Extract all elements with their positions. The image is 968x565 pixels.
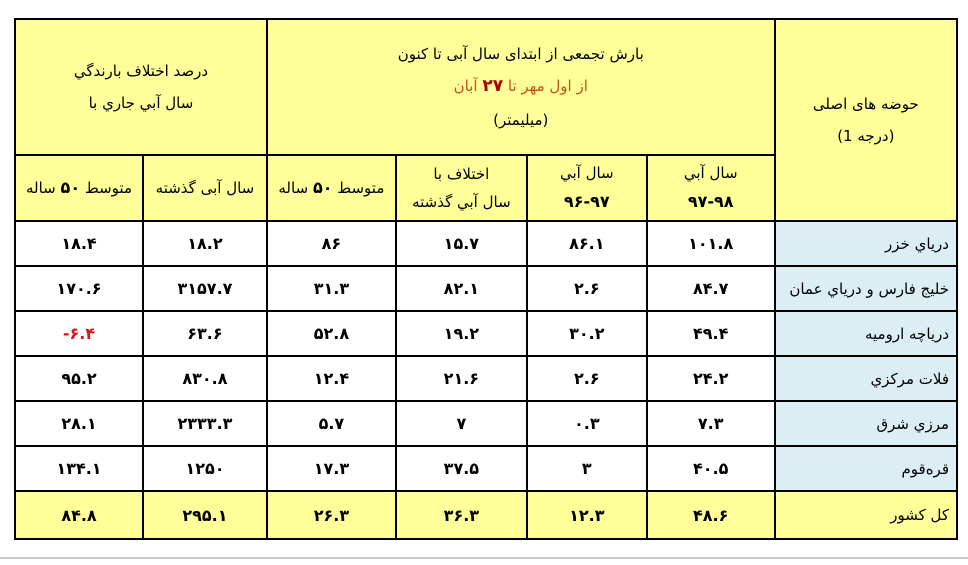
value-cell: ۴۰.۵ — [647, 446, 775, 491]
table-row-qareqom: قره‌قوم ۴۰.۵ ۳ ۳۷.۵ ۱۷.۳ ۱۲۵۰ ۱۳۴.۱ — [15, 446, 957, 491]
value-cell: ۱۳۴.۱ — [15, 446, 143, 491]
table-row-central-plateau: فلات مرکزي ۲۴.۲ ۲.۶ ۲۱.۶ ۱۲.۴ ۸۳۰.۸ ۹۵.۲ — [15, 356, 957, 401]
header-row-groups: حوضه های اصلی (درجه 1) بارش تجمعی از ابت… — [15, 19, 957, 155]
value-cell: ۲۱.۶ — [396, 356, 527, 401]
avg50-rain-pre: متوسط — [337, 179, 384, 197]
col-header-year-97-98: سال آبي ۹۷-۹۸ — [647, 155, 775, 221]
year-96-97-range: ۹۶-۹۷ — [528, 192, 646, 212]
value-cell: ۱۸.۴ — [15, 221, 143, 266]
col-header-avg50-pct: متوسط ۵۰ ساله — [15, 155, 143, 221]
year-96-97-label: سال آبي — [528, 164, 646, 183]
basin-header-line2: (درجه 1) — [776, 127, 956, 146]
value-cell: ۵.۷ — [267, 401, 396, 446]
value-cell: ۹۵.۲ — [15, 356, 143, 401]
table-row-persian-gulf-oman: خلیج فارس و دریاي عمان ۸۴.۷ ۲.۶ ۸۲.۱ ۳۱.… — [15, 266, 957, 311]
value-cell: ۳۱۵۷.۷ — [143, 266, 267, 311]
value-cell: ۲۸.۱ — [15, 401, 143, 446]
total-row-name: کل کشور — [775, 491, 957, 539]
value-cell: ۴۹.۴ — [647, 311, 775, 356]
value-cell: ۱۲.۴ — [267, 356, 396, 401]
rain-group-title: بارش تجمعی از ابتدای سال آبی تا کنون — [268, 45, 774, 64]
value-cell: ۱۸.۲ — [143, 221, 267, 266]
value-cell: ۸۶.۱ — [527, 221, 647, 266]
value-cell: ۰.۳ — [527, 401, 647, 446]
value-cell: ۱۷۰.۶ — [15, 266, 143, 311]
total-value-cell: ۴۸.۶ — [647, 491, 775, 539]
value-cell: ۲۳۳۳.۳ — [143, 401, 267, 446]
value-cell: ۲.۶ — [527, 266, 647, 311]
total-value-cell: ۲۹۵.۱ — [143, 491, 267, 539]
period-day: ۲۷ — [482, 76, 503, 96]
basin-header-line1: حوضه های اصلی — [776, 95, 956, 114]
col-header-diff-with-last-year: اختلاف با سال آبي گذشته — [396, 155, 527, 221]
basin-rainfall-table: حوضه های اصلی (درجه 1) بارش تجمعی از ابت… — [14, 18, 958, 540]
value-cell: ۸۲.۱ — [396, 266, 527, 311]
value-cell: ۵۲.۸ — [267, 311, 396, 356]
year-97-98-range: ۹۷-۹۸ — [648, 192, 774, 212]
value-cell: ۳۱.۳ — [267, 266, 396, 311]
value-cell: ۱۵.۷ — [396, 221, 527, 266]
avg50-rain-num: ۵۰ — [313, 178, 333, 197]
col-header-avg50-rain: متوسط ۵۰ ساله — [267, 155, 396, 221]
diff-last-line1: اختلاف با — [397, 165, 526, 184]
value-cell-negative: -۶.۴ — [15, 311, 143, 356]
total-value-cell: ۲۶.۳ — [267, 491, 396, 539]
value-cell: ۱۲۵۰ — [143, 446, 267, 491]
rain-group-unit: (میلیمتر) — [268, 111, 774, 130]
avg50-pct-num: ۵۰ — [61, 178, 81, 197]
value-cell: ۶۳.۶ — [143, 311, 267, 356]
period-suffix: آبان — [454, 77, 478, 95]
diff-header-line1: درصد اختلاف بارندگي — [16, 62, 266, 81]
value-cell: ۷ — [396, 401, 527, 446]
value-cell: ۸۶ — [267, 221, 396, 266]
value-cell: ۱۷.۳ — [267, 446, 396, 491]
value-cell: ۱۰۱.۸ — [647, 221, 775, 266]
last-year-pct-label: سال آبی گذشته — [144, 179, 266, 198]
total-value-cell: ۱۲.۳ — [527, 491, 647, 539]
avg50-pct-post: ساله — [26, 179, 56, 197]
bottom-divider — [0, 557, 968, 559]
diff-group-header: درصد اختلاف بارندگي سال آبي جاري با — [15, 19, 267, 155]
value-cell: ۳۰.۲ — [527, 311, 647, 356]
basin-name: دریاچه ارومیه — [775, 311, 957, 356]
diff-last-line2: سال آبي گذشته — [397, 193, 526, 212]
table-row-urmia-lake: دریاچه ارومیه ۴۹.۴ ۳۰.۲ ۱۹.۲ ۵۲.۸ ۶۳.۶ -… — [15, 311, 957, 356]
basin-name: قره‌قوم — [775, 446, 957, 491]
value-cell: ۳ — [527, 446, 647, 491]
basin-name: دریاي خزر — [775, 221, 957, 266]
rain-group-header: بارش تجمعی از ابتدای سال آبی تا کنون از … — [267, 19, 775, 155]
total-value-cell: ۸۴.۸ — [15, 491, 143, 539]
value-cell: ۸۳۰.۸ — [143, 356, 267, 401]
value-cell: ۲۴.۲ — [647, 356, 775, 401]
diff-header-line2: سال آبي جاري با — [16, 94, 266, 113]
basin-name: فلات مرکزي — [775, 356, 957, 401]
period-prefix: از اول مهر تا — [508, 77, 588, 95]
table-row-caspian: دریاي خزر ۱۰۱.۸ ۸۶.۱ ۱۵.۷ ۸۶ ۱۸.۲ ۱۸.۴ — [15, 221, 957, 266]
year-97-98-label: سال آبي — [648, 164, 774, 183]
total-value-cell: ۳۶.۳ — [396, 491, 527, 539]
avg50-rain-post: ساله — [278, 179, 308, 197]
col-header-year-96-97: سال آبي ۹۶-۹۷ — [527, 155, 647, 221]
rainfall-table: حوضه های اصلی (درجه 1) بارش تجمعی از ابت… — [14, 18, 958, 540]
value-cell: ۷.۳ — [647, 401, 775, 446]
table-row-eastern-border: مرزي شرق ۷.۳ ۰.۳ ۷ ۵.۷ ۲۳۳۳.۳ ۲۸.۱ — [15, 401, 957, 446]
col-header-last-year-pct: سال آبی گذشته — [143, 155, 267, 221]
table-row-total-country: کل کشور ۴۸.۶ ۱۲.۳ ۳۶.۳ ۲۶.۳ ۲۹۵.۱ ۸۴.۸ — [15, 491, 957, 539]
value-cell: ۲.۶ — [527, 356, 647, 401]
value-cell: ۱۹.۲ — [396, 311, 527, 356]
basin-name: مرزي شرق — [775, 401, 957, 446]
value-cell: ۳۷.۵ — [396, 446, 527, 491]
basin-column-header: حوضه های اصلی (درجه 1) — [775, 19, 957, 221]
rain-group-period: از اول مهر تا ۲۷ آبان — [268, 76, 774, 97]
avg50-pct-pre: متوسط — [85, 179, 132, 197]
value-cell: ۸۴.۷ — [647, 266, 775, 311]
basin-name: خلیج فارس و دریاي عمان — [775, 266, 957, 311]
